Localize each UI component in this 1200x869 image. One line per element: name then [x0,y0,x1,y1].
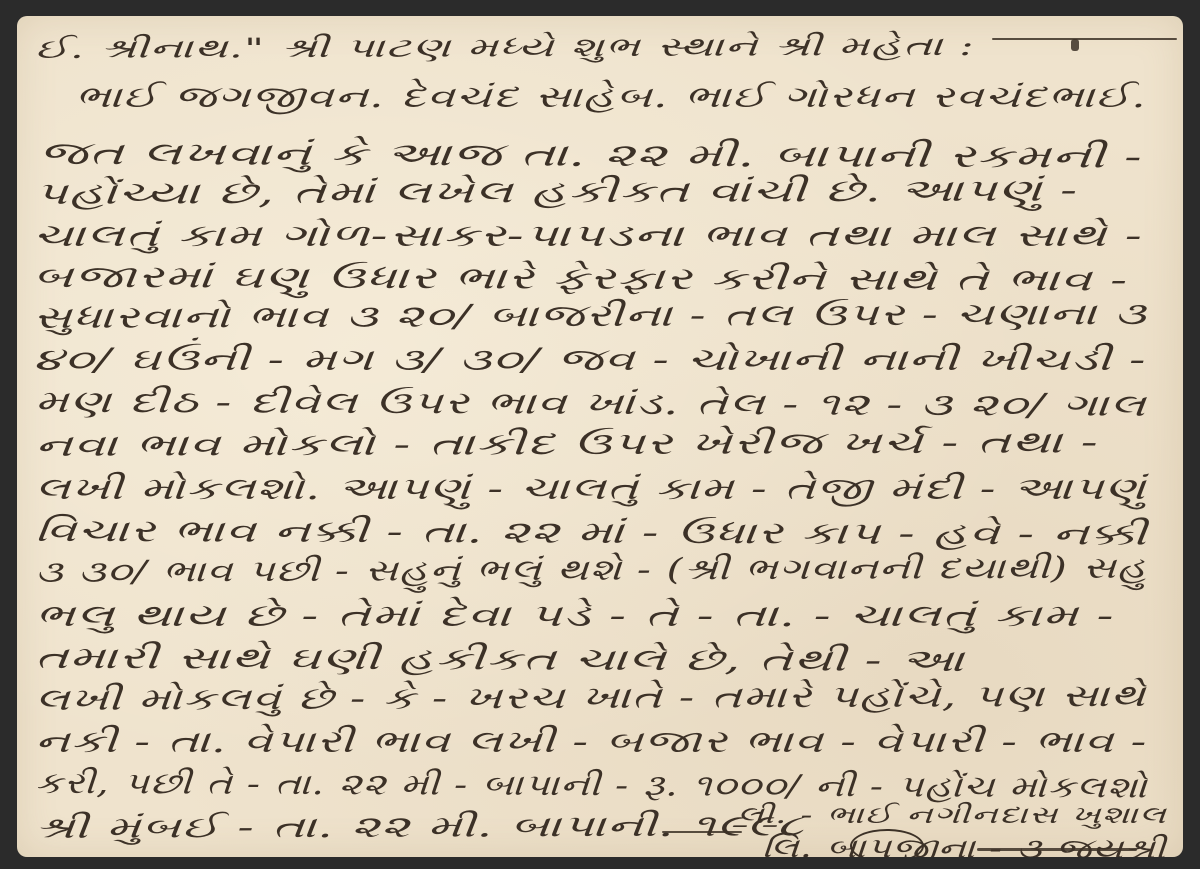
handwritten-line: લિ. બાપુજીના - ૩ જયશ્રી [762,831,1167,857]
ink-blot-top [1071,39,1079,51]
postcard: ઈ. શ્રીનાથ." શ્રી પાટણ મધ્યે શુભ સ્થાને … [17,16,1183,857]
handwritten-line: મણ દીઠ - દીવેલ ઉપર ભાવ ખાંડ. તેલ - ૧૨ - … [35,384,1147,425]
signature-circled-word [850,829,924,857]
handwritten-line: ભાઈ જગજીવન. દેવચંદ સાહેબ. ભાઈ ગોરધન રવચં… [75,80,1147,115]
handwritten-line: જત લખવાનું કે આજ તા. ૨૨ મી. બાપાની રકમની… [39,134,1143,177]
handwritten-line: વિચાર ભાવ નક્કી - તા. ૨૨ માં - ઉધાર કાપ … [35,513,1148,554]
handwritten-line: શ્રી મુંબઈ - તા. ૨૨ મી. બાપાની. ૧૯૯૮ [35,808,805,846]
handwritten-line: કરી, પછી તે - તા. ૨૨ મી - બાપાની - રૂ. ૧… [35,766,1148,805]
handwritten-line: પહોંચ્યા છે, તેમાં લખેલ હકીકત વાંચી છે. … [35,173,1079,213]
handwritten-line: લખી મોકલશો. આપણું - ચાલતું કામ - તેજી મં… [35,471,1147,508]
ink-underline-date [662,831,742,833]
handwritten-line: નવા ભાવ મોકલો - તાકીદ ઉપર ખેરીજ ખર્ચ - ત… [35,425,1099,465]
ink-underline-signature [977,848,1137,851]
handwritten-line: ચાલતું કામ ગોળ-સાકર-પાપડના ભાવ તથા માલ સ… [33,218,1143,255]
handwritten-line: લી. - ભાઈ નગીનદાસ ખુશાલ [737,801,1167,829]
handwritten-line: ૩ ૩૦/ ભાવ પછી - સહુનું ભલું થશે - (શ્રી … [35,551,1148,590]
handwritten-line: ઈ. શ્રીનાથ." શ્રી પાટણ મધ્યે શુભ સ્થાને … [35,31,976,66]
handwritten-line: ૪૦/ ઘઉંની - મગ ૩/ ૩૦/ જવ - ચોખાની નાની ખ… [33,342,1147,379]
handwritten-line: નકી - તા. વેપારી ભાવ લખી - બજાર ભાવ - વે… [35,724,1148,761]
handwritten-line: તમારી સાથે ઘણી હકીકત ચાલે છે, તેથી - આ [35,640,965,680]
handwritten-line: બજારમાં ઘણુ ઉધાર ભારે ફેરફાર કરીને સાથે … [33,259,1129,300]
handwritten-line: સુધારવાનો ભાવ ૩ ૨૦/ બાજરીના - તલ ઉપર - ચ… [33,296,1147,337]
handwritten-line: ભલુ થાય છે - તેમાં દેવા પડે - તે - તા. -… [35,598,1115,635]
handwritten-line: લખી મોકલવું છે - કે - ખરચ ખાતે - તમારે પ… [35,678,1147,719]
ink-underline-top [992,38,1177,40]
